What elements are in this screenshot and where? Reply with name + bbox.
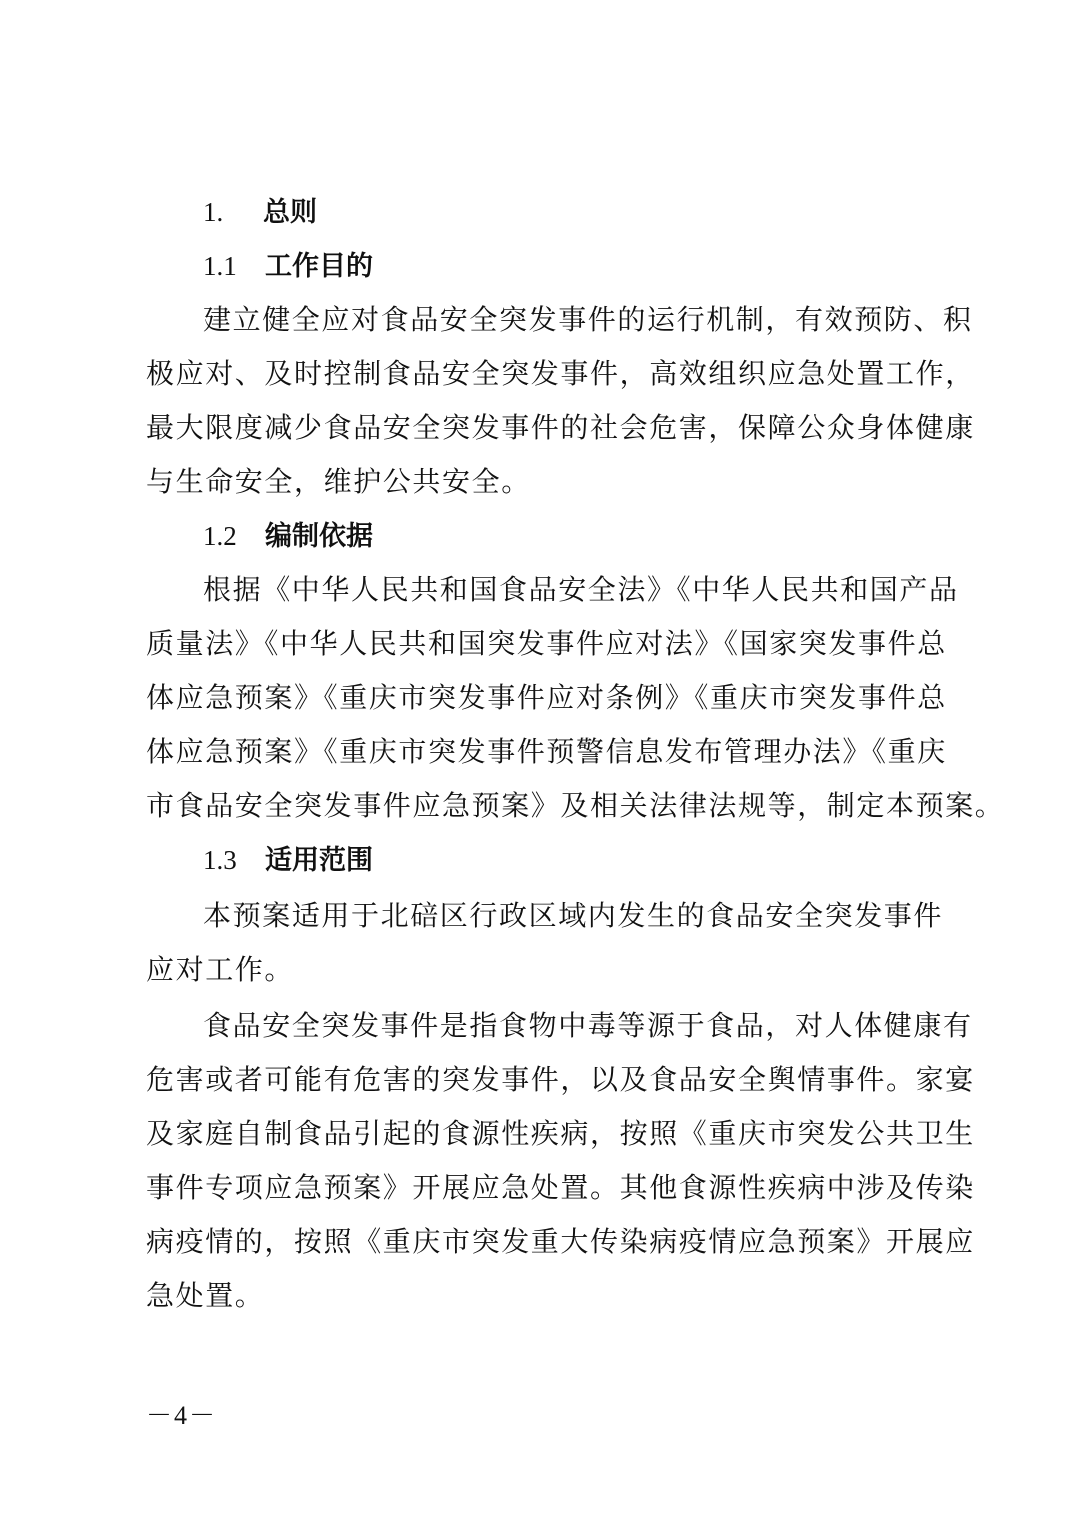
section-number: 1.3 (203, 840, 265, 880)
section-heading-1-2: 1.2编制依据 (203, 516, 999, 557)
paragraph-line: 极应对、及时控制食品安全突发事件，高效组织应急处置工作， (146, 354, 942, 394)
section-title: 编制依据 (265, 521, 373, 552)
paragraph-line: 本预案适用于北碚区行政区域内发生的食品安全突发事件 (203, 896, 999, 936)
paragraph-line: 根据《中华人民共和国食品安全法》《中华人民共和国产品 (203, 570, 999, 610)
section-heading-1-3: 1.3适用范围 (203, 840, 999, 881)
document-page: 1.总则 1.1工作目的 建立健全应对食品安全突发事件的运行机制，有效预防、积 … (0, 0, 1074, 1520)
paragraph-line: 危害或者可能有危害的突发事件，以及食品安全舆情事件。家宴 (146, 1060, 942, 1100)
paragraph-line: 建立健全应对食品安全突发事件的运行机制，有效预防、积 (203, 300, 999, 340)
paragraph-line: 质量法》《中华人民共和国突发事件应对法》《国家突发事件总 (146, 624, 942, 664)
paragraph-line: 体应急预案》《重庆市突发事件预警信息发布管理办法》《重庆 (146, 732, 942, 772)
section-number: 1.1 (203, 246, 265, 286)
section-title: 总则 (263, 197, 317, 228)
section-number: 1.2 (203, 516, 265, 556)
section-title: 适用范围 (265, 845, 373, 876)
section-heading-1: 1.总则 (203, 192, 999, 233)
paragraph-line: 体应急预案》《重庆市突发事件应对条例》《重庆市突发事件总 (146, 678, 942, 718)
paragraph-line: 最大限度减少食品安全突发事件的社会危害，保障公众身体健康 (146, 408, 942, 448)
paragraph-line: 应对工作。 (146, 950, 942, 990)
section-title: 工作目的 (265, 251, 373, 282)
section-heading-1-1: 1.1工作目的 (203, 246, 999, 287)
paragraph-line: 食品安全突发事件是指食物中毒等源于食品，对人体健康有 (203, 1006, 999, 1046)
paragraph-line: 与生命安全，维护公共安全。 (146, 462, 942, 502)
paragraph-line: 及家庭自制食品引起的食源性疾病，按照《重庆市突发公共卫生 (146, 1114, 942, 1154)
page-number: －4－ (146, 1395, 217, 1432)
paragraph-line: 市食品安全突发事件应急预案》及相关法律法规等，制定本预案。 (146, 786, 942, 826)
section-number: 1. (203, 192, 263, 232)
paragraph-line: 事件专项应急预案》开展应急处置。其他食源性疾病中涉及传染 (146, 1168, 942, 1208)
paragraph-line: 急处置。 (146, 1276, 942, 1316)
paragraph-line: 病疫情的，按照《重庆市突发重大传染病疫情应急预案》开展应 (146, 1222, 942, 1262)
